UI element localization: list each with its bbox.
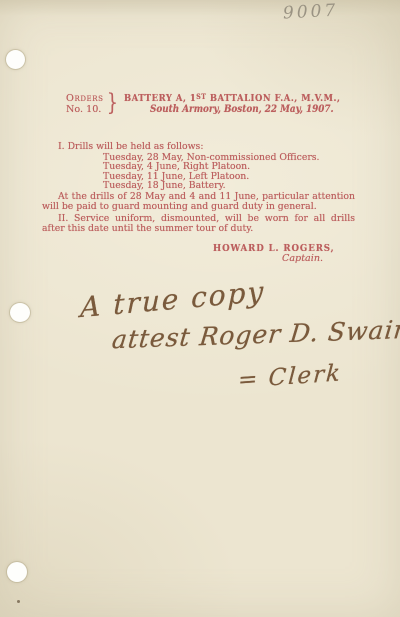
paragraph-attention-line2: will be paid to guard mounting and guard… <box>42 202 355 212</box>
orders-number: No. 10. <box>66 104 104 115</box>
punch-hole-middle <box>10 303 30 322</box>
punch-hole-top <box>6 50 25 69</box>
dateline: South Armory, Boston, 22 May, 1907. <box>150 104 339 115</box>
scanned-order-document: 9007 Orders No. 10. } BATTERY A, 1ST BAT… <box>0 0 400 617</box>
pencil-number: 9007 <box>283 1 339 24</box>
punch-hole-bottom <box>7 562 27 582</box>
paragraph-uniform-line2: after this date until the summer tour of… <box>42 224 355 234</box>
signature-rank: Captain. <box>282 253 323 264</box>
orders-number-block: Orders No. 10. <box>66 93 104 115</box>
unit-title-prefix: BATTERY A, 1 <box>124 93 196 104</box>
paragraph-attention: At the drills of 28 May and 4 and 11 Jun… <box>42 192 355 213</box>
drill-schedule-list: Tuesday, 28 May, Non-commissioned Office… <box>103 153 343 191</box>
handwriting-clerk: = Clerk <box>237 360 343 393</box>
unit-title: BATTERY A, 1ST BATTALION F.A., M.V.M., <box>124 92 332 104</box>
drill-item: Tuesday, 18 June, Battery. <box>103 181 343 191</box>
handwriting-attest-signature: attest Roger D. Swain <box>111 315 400 355</box>
unit-title-ordinal: ST <box>196 92 206 101</box>
brace-glyph: } <box>107 92 118 115</box>
unit-title-suffix: BATTALION F.A., M.V.M., <box>206 93 340 104</box>
handwriting-true-copy: A true copy <box>80 275 265 324</box>
paragraph-drills-heading: I. Drills will be held as follows: <box>42 142 355 152</box>
ink-speck <box>17 600 20 603</box>
orders-label: Orders <box>66 93 104 104</box>
paragraph-uniform: II. Service uniform, dismounted, will be… <box>42 214 355 235</box>
